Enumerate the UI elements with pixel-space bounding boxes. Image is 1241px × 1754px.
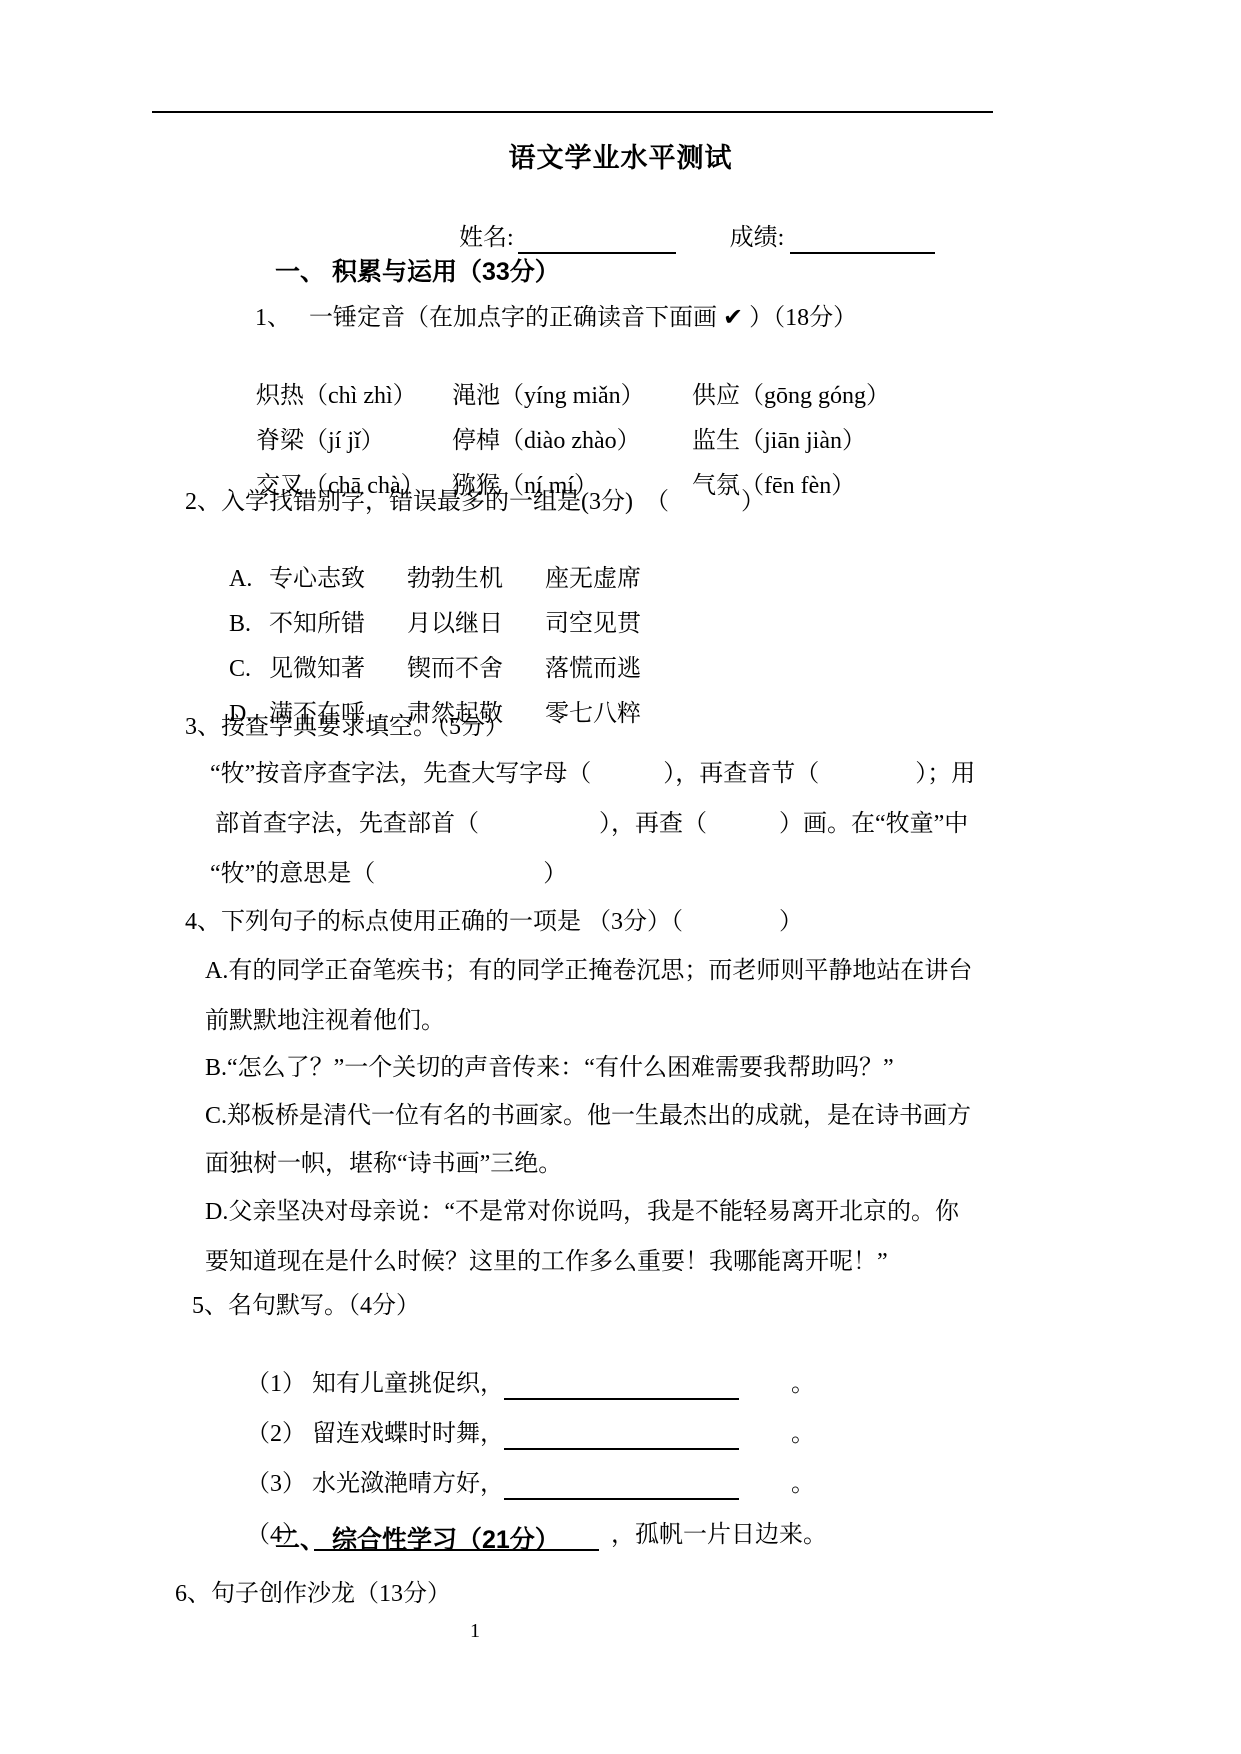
score-field-line bbox=[790, 228, 935, 254]
q4-option-line: 要知道现在是什么时候？这里的工作多么重要！我哪能离开呢！” bbox=[205, 1246, 888, 1278]
q4-option-line: C.郑板桥是清代一位有名的书画家。他一生最杰出的成就，是在诗书画方 bbox=[205, 1100, 971, 1132]
q3-line: “牧”按音序查字法，先查大写字母（ ），再查音节（ ）；用 bbox=[210, 758, 975, 790]
q4-option-line: A.有的同学正奋笔疾书；有的同学正掩卷沉思；而老师则平静地站在讲台 bbox=[205, 955, 972, 987]
exam-document-page: 语文学业水平测试 姓名:成绩: 一、 积累与运用（33分） 1、 一锤定音（在加… bbox=[0, 0, 1241, 1754]
q4-option-line: 前默默地注视着他们。 bbox=[205, 1005, 445, 1037]
section-two-heading: 二、 综合性学习（21分） bbox=[275, 1524, 560, 1556]
q5-item-tail: ，孤帆一片日边来。 bbox=[611, 1522, 827, 1548]
page-title: 语文学业水平测试 bbox=[0, 136, 1241, 175]
q4-prompt: 4、下列句子的标点使用正确的一项是 （3分）（ ） bbox=[185, 906, 803, 938]
name-field-line bbox=[518, 228, 676, 254]
header-divider bbox=[152, 111, 993, 113]
q4-option-line: B.“怎么了？”一个关切的声音传来：“有什么困难需要我帮助吗？” bbox=[205, 1052, 894, 1084]
score-label: 成绩: bbox=[730, 225, 785, 251]
q5-prompt: 5、名句默写。（4分） bbox=[192, 1290, 420, 1322]
q4-option-line: D.父亲坚决对母亲说：“不是常对你说吗，我是不能轻易离开北京的。你 bbox=[205, 1196, 959, 1228]
section-one-heading: 一、 积累与运用（33分） bbox=[275, 256, 560, 288]
q2-option-word: 零七八粹 bbox=[545, 701, 641, 727]
name-label: 姓名: bbox=[459, 225, 514, 251]
q6-prompt: 6、句子创作沙龙（13分） bbox=[175, 1578, 451, 1610]
q1-prompt: 1、 一锤定音（在加点字的正确读音下面画 ✔ ）（18分） bbox=[255, 302, 857, 334]
q4-option-line: 面独树一帜，堪称“诗书画”三绝。 bbox=[205, 1148, 562, 1180]
q2-prompt: 2、入学找错别字，错误最多的一组是(3分) （ ） bbox=[185, 486, 765, 518]
page-number: 1 bbox=[470, 1620, 480, 1643]
q3-line: “牧”的意思是（ ） bbox=[210, 858, 567, 890]
q3-prompt: 3、按查字典要求填空。（5分） bbox=[185, 711, 509, 743]
q3-line: 部首查字法，先查部首（ ），再查（ ）画。在“牧童”中 bbox=[215, 808, 968, 840]
